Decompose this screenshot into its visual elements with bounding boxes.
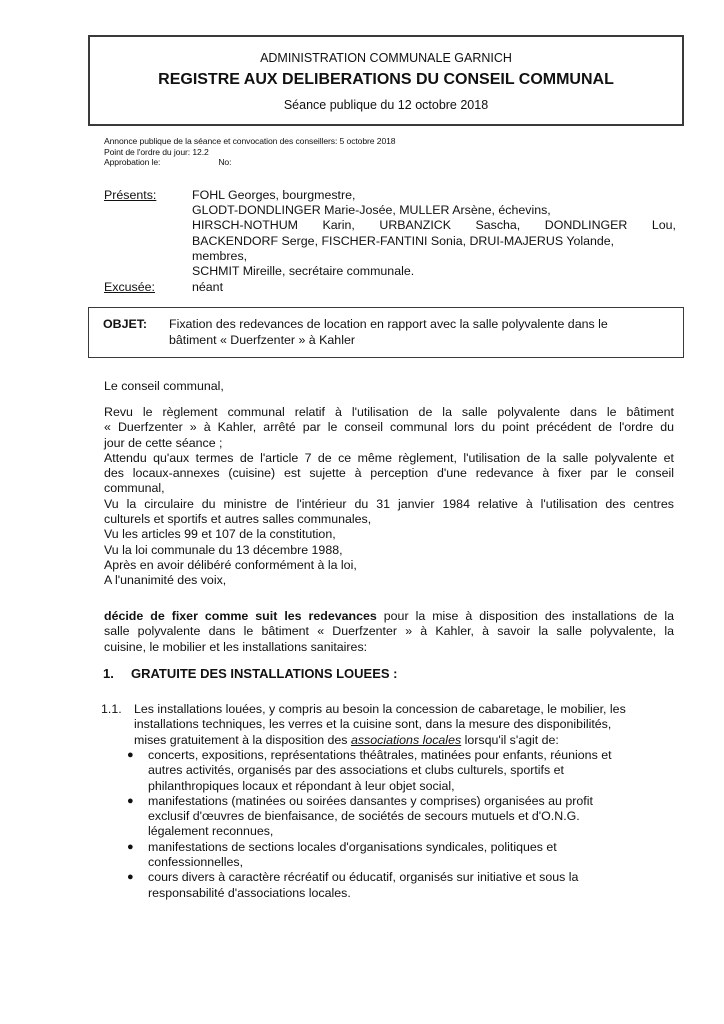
meeting-meta: Annonce publique de la séance et convoca…	[104, 136, 395, 168]
present-list: FOHL Georges, bourgmestre, GLODT-DONDLIN…	[192, 188, 676, 279]
bullet-list: ● concerts, expositions, représentations…	[124, 748, 676, 901]
register-title: REGISTRE AUX DELIBERATIONS DU CONSEIL CO…	[90, 71, 682, 89]
list-item-line: concerts, expositions, représentations t…	[148, 748, 676, 763]
administration-name: ADMINISTRATION COMMUNALE GARNICH	[90, 51, 682, 65]
present-line: HIRSCH-NOTHUM Karin, URBANZICK Sascha, D…	[192, 218, 676, 233]
list-item: ● manifestations (matinées ou soirées da…	[124, 794, 676, 840]
list-item: ● concerts, expositions, représentations…	[124, 748, 676, 794]
item-text-part: mises gratuitement à la disposition des	[134, 733, 351, 747]
document-page: ADMINISTRATION COMMUNALE GARNICH REGISTR…	[0, 0, 724, 1024]
list-item: ● cours divers à caractère récréatif ou …	[124, 870, 676, 901]
session-date: Séance publique du 12 octobre 2018	[90, 98, 682, 112]
decision-line: décide de fixer comme suit les redevance…	[104, 609, 674, 624]
subject-text: Fixation des redevances de location en r…	[169, 317, 669, 348]
item-number: 1.1.	[101, 702, 122, 717]
bullet-icon: ●	[127, 840, 134, 855]
item-line: mises gratuitement à la disposition des …	[134, 733, 674, 748]
present-label: Présents:	[104, 188, 156, 203]
bullet-icon: ●	[127, 748, 134, 763]
list-item: ● manifestations de sections locales d'o…	[124, 840, 676, 871]
consideration-line: Après en avoir délibéré conformément à l…	[104, 558, 674, 573]
item-line: installations techniques, les verres et …	[134, 717, 674, 732]
present-line: FOHL Georges, bourgmestre,	[192, 188, 676, 203]
consideration-line: A l'unanimité des voix,	[104, 573, 674, 588]
decision-line: salle polyvalente dans le bâtiment « Due…	[104, 624, 674, 639]
consideration-line: Attendu qu'aux termes de l'article 7 de …	[104, 451, 674, 466]
considerations: Revu le règlement communal relatif à l'u…	[104, 405, 674, 589]
item-line: Les installations louées, y compris au b…	[134, 702, 674, 717]
list-item-line: philanthropiques locaux et répondant à l…	[148, 779, 676, 794]
subject-box: OBJET: Fixation des redevances de locati…	[88, 307, 684, 358]
consideration-line: Revu le règlement communal relatif à l'u…	[104, 405, 674, 420]
consideration-line: jour de cette séance ;	[104, 436, 674, 451]
bullet-icon: ●	[127, 870, 134, 885]
decision-line: cuisine, le mobilier et les installation…	[104, 640, 674, 655]
subject-label: OBJET:	[103, 317, 147, 331]
present-line: BACKENDORF Serge, FISCHER-FANTINI Sonia,…	[192, 234, 676, 249]
section-heading: 1.GRATUITE DES INSTALLATIONS LOUEES :	[103, 666, 398, 681]
present-line: SCHMIT Mireille, secrétaire communale.	[192, 264, 676, 279]
decision-text: pour la mise à disposition des installat…	[377, 609, 674, 623]
list-item-line: confessionnelles,	[148, 855, 676, 870]
bullet-icon: ●	[127, 794, 134, 809]
consideration-line: Vu les articles 99 et 107 de la constitu…	[104, 527, 674, 542]
list-item-line: responsabilité d'associations locales.	[148, 886, 676, 901]
decision-lead: décide de fixer comme suit les redevance…	[104, 609, 377, 623]
section-number: 1.	[103, 666, 131, 681]
subject-line: bâtiment « Duerfzenter » à Kahler	[169, 333, 669, 349]
council-opening: Le conseil communal,	[104, 379, 674, 394]
announcement-line: Annonce publique de la séance et convoca…	[104, 136, 395, 147]
approval-label: Approbation le:	[104, 157, 160, 167]
emphasis-local-associations: associations locales	[351, 733, 461, 747]
item-text: Les installations louées, y compris au b…	[134, 702, 674, 748]
list-item-line: légalement reconnues,	[148, 824, 676, 839]
section-title: GRATUITE DES INSTALLATIONS LOUEES :	[131, 666, 398, 681]
agenda-point: Point de l'ordre du jour: 12.2	[104, 147, 395, 158]
consideration-line: communal,	[104, 481, 674, 496]
consideration-line: « Duerfzenter » à Kahler, arrêté par le …	[104, 420, 674, 435]
consideration-line: Vu la circulaire du ministre de l'intéri…	[104, 497, 674, 512]
consideration-line: culturels et sportifs et autres salles c…	[104, 512, 674, 527]
present-line: membres,	[192, 249, 676, 264]
list-item-line: manifestations (matinées ou soirées dans…	[148, 794, 676, 809]
consideration-line: Vu la loi communale du 13 décembre 1988,	[104, 543, 674, 558]
list-item-line: exclusif d'œuvres de bienfaisance, de so…	[148, 809, 676, 824]
subject-line: Fixation des redevances de location en r…	[169, 317, 669, 333]
list-item-line: cours divers à caractère récréatif ou éd…	[148, 870, 676, 885]
list-item-line: autres activités, organisés par des asso…	[148, 763, 676, 778]
approval-no-label: No:	[218, 157, 231, 168]
item-text-part: lorsqu'il s'agit de:	[461, 733, 559, 747]
header-box: ADMINISTRATION COMMUNALE GARNICH REGISTR…	[88, 35, 684, 126]
present-line: GLODT-DONDLINGER Marie-Josée, MULLER Ars…	[192, 203, 676, 218]
list-item-line: manifestations de sections locales d'org…	[148, 840, 676, 855]
excused-value: néant	[192, 280, 676, 295]
consideration-line: des locaux-annexes (cuisine) est sujette…	[104, 466, 674, 481]
approval-line: Approbation le:No:	[104, 157, 395, 168]
decision-paragraph: décide de fixer comme suit les redevance…	[104, 609, 674, 655]
excused-label: Excusée:	[104, 280, 155, 295]
